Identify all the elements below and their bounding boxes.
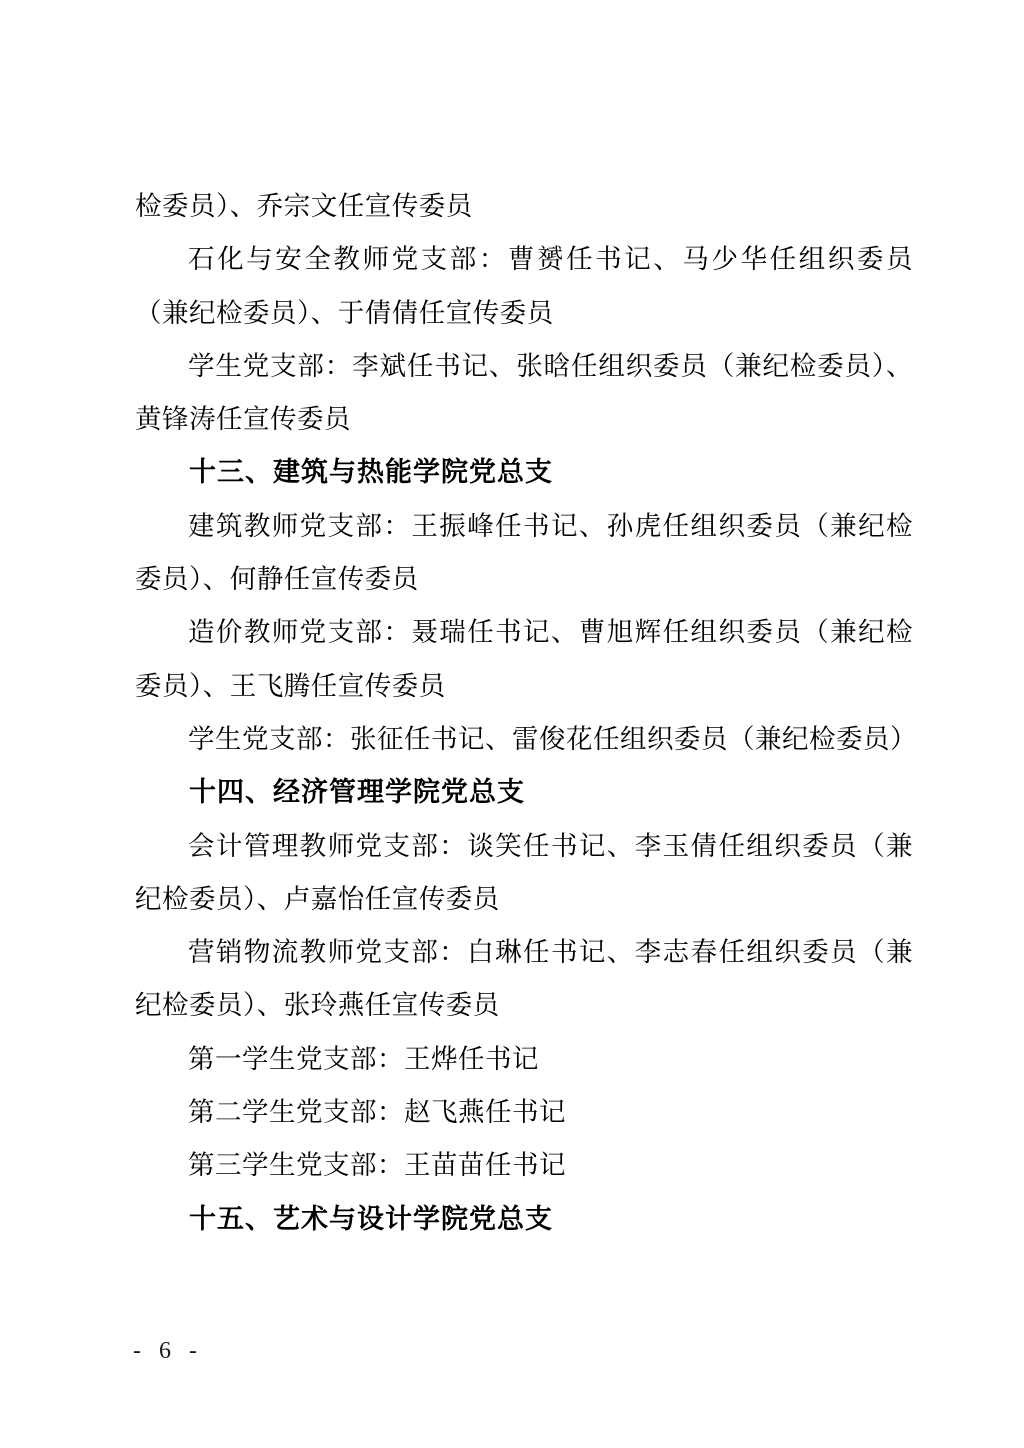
section-heading: 十三、建筑与热能学院党总支 bbox=[135, 446, 913, 499]
section-heading: 十四、经济管理学院党总支 bbox=[135, 766, 913, 819]
paragraph: 第三学生党支部：王苗苗任书记 bbox=[135, 1139, 913, 1192]
paragraph: 第二学生党支部：赵飞燕任书记 bbox=[135, 1086, 913, 1139]
paragraph: 营销物流教师党支部：白琳任书记、李志春任组织委员（兼纪检委员）、张玲燕任宣传委员 bbox=[135, 926, 913, 1033]
document-page: 检委员）、乔宗文任宣传委员石化与安全教师党支部：曹赟任书记、马少华任组织委员（兼… bbox=[0, 0, 1024, 1448]
paragraph: 学生党支部：张征任书记、雷俊花任组织委员（兼纪检委员） bbox=[135, 713, 913, 766]
paragraph: 第一学生党支部：王烨任书记 bbox=[135, 1033, 913, 1086]
paragraph: 造价教师党支部：聂瑞任书记、曹旭辉任组织委员（兼纪检委员）、王飞腾任宣传委员 bbox=[135, 606, 913, 713]
section-heading: 十五、艺术与设计学院党总支 bbox=[135, 1193, 913, 1246]
paragraph: 建筑教师党支部：王振峰任书记、孙虎任组织委员（兼纪检委员）、何静任宣传委员 bbox=[135, 500, 913, 607]
paragraph: 学生党支部：李斌任书记、张晗任组织委员（兼纪检委员）、黄锋涛任宣传委员 bbox=[135, 340, 913, 447]
paragraph: 检委员）、乔宗文任宣传委员 bbox=[135, 180, 913, 233]
paragraph: 石化与安全教师党支部：曹赟任书记、马少华任组织委员（兼纪检委员）、于倩倩任宣传委… bbox=[135, 233, 913, 340]
document-body: 检委员）、乔宗文任宣传委员石化与安全教师党支部：曹赟任书记、马少华任组织委员（兼… bbox=[135, 180, 913, 1246]
paragraph: 会计管理教师党支部：谈笑任书记、李玉倩任组织委员（兼纪检委员）、卢嘉怡任宣传委员 bbox=[135, 820, 913, 927]
page-number: - 6 - bbox=[133, 1338, 203, 1365]
